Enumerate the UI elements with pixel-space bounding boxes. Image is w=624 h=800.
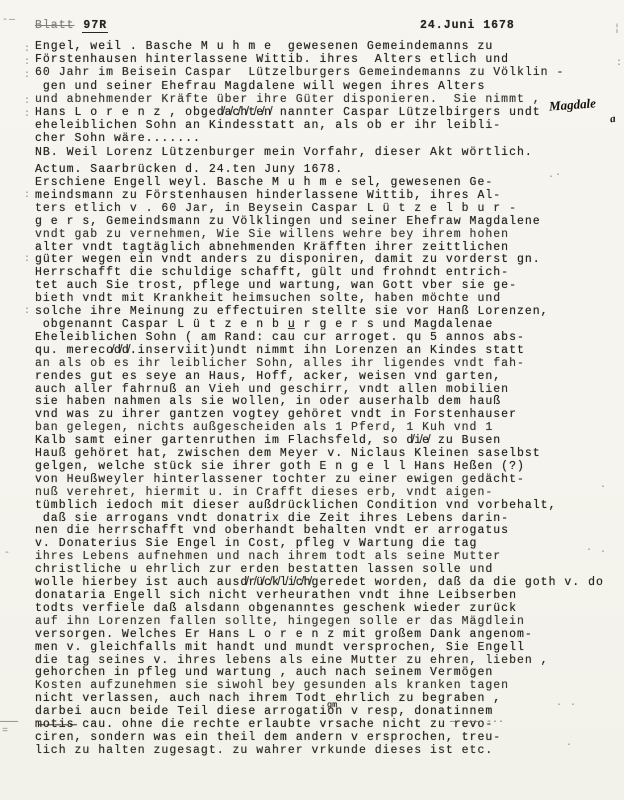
margin-mark: : [24,109,31,120]
text-line: 60 Jahr im Beisein Caspar Lützelburgers … [35,66,564,79]
text-line: Eheleiblichen Sohn ( am Rand: cau cur ar… [35,332,604,345]
text-line: Förstenhausen hinterlassene Wittib. ihre… [35,53,564,66]
margin-mark: = [2,726,9,737]
text-line: NB. Weil Lorenz Lützenburger mein Vorfah… [35,146,564,159]
text-line: vndt gab zu vernehmen, Wie Sie willens w… [35,229,604,242]
text-line: obgenannt Caspar L ü t z e n b u̲ r g e … [35,319,604,332]
text-line: versorgen. Welches Er Hans L o r e n z m… [35,629,604,642]
text-line: Kosten aufzunehmen sie siwohl bey gesund… [35,680,604,693]
margin-mark: · · [556,700,577,711]
margin-mark: -— [2,15,16,26]
text-line: gelgen, welche stück sie ihrer goth E n … [35,461,604,474]
text-line: auch aller fahrnuß an Vieh und geschirr,… [35,384,604,397]
text-line: von Heußweyler hinterlassener tochter zu… [35,474,604,487]
page-header: Blatt 97R24.Juni 1678 [35,19,605,35]
text-line: men v. gleichfalls mit handt und mundt v… [35,642,604,655]
text-line: ters etlich v . 60 Jar, in Beysein Caspa… [35,203,604,216]
text-line: gen und seiner Ehefrau Magdalene will we… [35,80,564,93]
body-text-block: Erschiene Engell weyl. Basche M u h m e … [35,177,604,758]
margin-mark: : [24,254,31,265]
margin-mark: .· [548,170,562,181]
text-line: Erschiene Engell weyl. Basche M u h m e … [35,177,604,190]
text-line: Engel, weil . Basche M u h m e gewesenen… [35,40,564,53]
margin-mark: . [600,480,607,491]
sheet-label: Blatt 97R [35,19,108,33]
text-line: an als ob es ihr leiblicher Sohn, alles … [35,358,604,371]
margin-mark: ¦ [614,24,621,35]
handwritten-annotation: a [609,113,616,126]
text-line: Hauß gehöret hat, zwischen dem Meyer v. … [35,448,604,461]
margin-mark: : [616,58,623,69]
margin-mark: : [24,306,31,317]
margin-mark: · . [586,545,607,556]
margin-mark: - [4,548,11,559]
text-line: die tag seines v. ihres lebens als eine … [35,655,604,668]
text-line: cher Sohn wäre....... [35,132,564,145]
margin-mark: : [24,70,31,81]
sheet-word: Blatt [35,19,75,32]
text-line: Hans L o r e n z , obged̸a̸c̸h̸t̸e̸n̸ na… [35,106,564,119]
text-line: und abnehmender Kräfte über ihre Güter d… [35,93,564,106]
margin-mark: · [566,740,573,751]
actum-line: Actum. Saarbrücken d. 24.ten Juny 1678. [35,163,343,176]
text-line: todts verfiele daß alsdann obgenanntes g… [35,603,604,616]
margin-mark: : [24,96,31,107]
handwritten-annotation: Magdale [548,95,596,114]
text-line: qu. mereco̸d̸d̸.inserviit)undt nimmt ihn… [35,345,604,358]
text-line: ciren, sondern was ein theil dem andern … [35,732,604,745]
margin-mark: gm [327,700,337,710]
text-line: meindsmann zu Förstenhausen hinderlassen… [35,190,604,203]
text-line: auf ihn Lorenzen fallen sollte, hingegen… [35,616,604,629]
margin-mark: : [24,44,31,55]
text-line: lich zu halten zugesagt. zu wahrer vrkun… [35,745,604,758]
document-date: 24.Juni 1678 [420,19,515,32]
text-line: tümblich iedoch mit dieser außdrückliche… [35,500,604,513]
margin-mark: : [24,57,31,68]
text-line: g e r s, Gemeindsmann zu Völklingen und … [35,216,604,229]
margin-mark: : [24,190,31,201]
text-line: ban gelegen, nichts außgescheiden als 1 … [35,422,604,435]
sheet-number: 97R [82,19,108,33]
text-line: nuß verehret, hiermit u. in Crafft diese… [35,487,604,500]
text-line: bieth vndt mit Krankheit heimsuchen solt… [35,293,604,306]
summary-block: Engel, weil . Basche M u h m e gewesenen… [35,40,564,159]
text-line: christliche u ehrlich zur erden bestatte… [35,564,604,577]
text-line: donataria Engell sich nicht verheurathen… [35,590,604,603]
text-line: rendes gut es seye an Haus, Hoff, acker,… [35,371,604,384]
margin-mark: — ——— -·· [450,717,504,728]
document-page: Blatt 97R24.Juni 1678 Engel, weil . Basc… [0,0,624,800]
text-line: eheleiblichen Sohn an Kindesstatt an, al… [35,119,564,132]
